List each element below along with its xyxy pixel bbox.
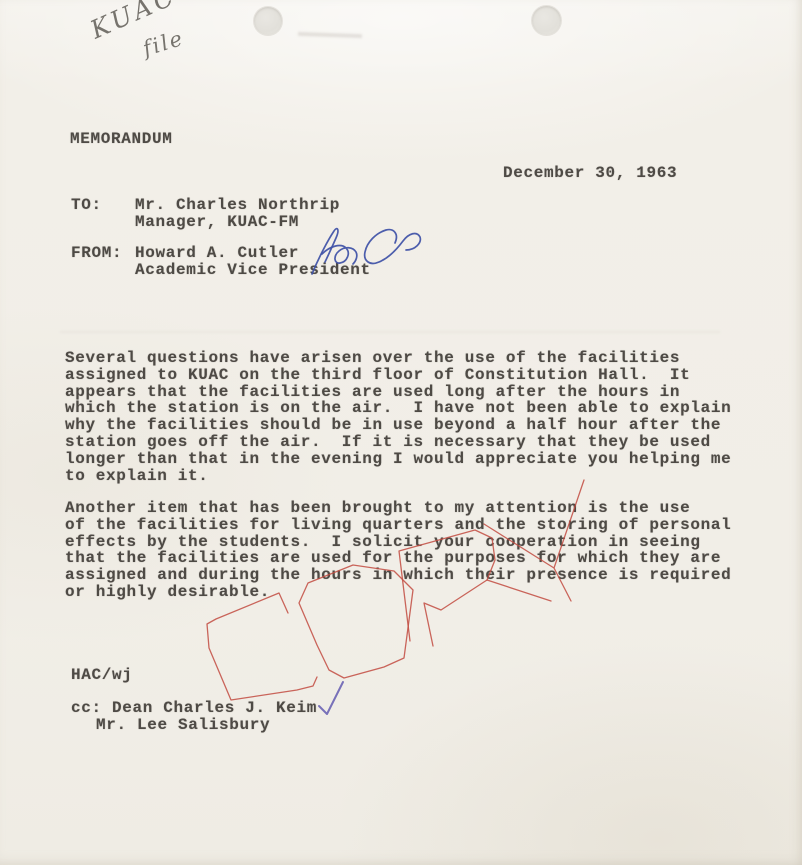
cc-checkmark-icon: checkmark: [319, 682, 343, 714]
from-role: Academic Vice President: [135, 262, 371, 279]
punch-hole-right: [532, 6, 561, 35]
body-paragraph-2: Another item that has been brought to my…: [65, 500, 731, 601]
from-label: FROM:: [71, 245, 122, 262]
copy-stamp-letter-c: [207, 593, 317, 700]
scan-smudge: [298, 32, 362, 38]
cc-line-1: cc: Dean Charles J. Keim: [71, 700, 317, 717]
to-name: Mr. Charles Northrip: [135, 197, 340, 214]
from-name: Howard A. Cutler: [135, 245, 299, 262]
memo-document: KUAC file MEMORANDUM December 30, 1963 T…: [0, 0, 802, 865]
typist-initials: HAC/wj: [71, 667, 133, 684]
handwritten-note: KUAC file: [78, 2, 238, 92]
to-role: Manager, KUAC-FM: [135, 214, 299, 231]
memo-date: December 30, 1963: [503, 165, 677, 182]
memo-title: MEMORANDUM: [70, 131, 173, 148]
body-paragraph-1: Several questions have arisen over the u…: [65, 350, 731, 484]
cc-line-2: Mr. Lee Salisbury: [96, 717, 270, 734]
punch-hole-left: [254, 7, 282, 35]
to-label: TO:: [71, 197, 102, 214]
handwritten-note-word-file: file: [140, 26, 187, 61]
paper-crease: [60, 331, 720, 333]
